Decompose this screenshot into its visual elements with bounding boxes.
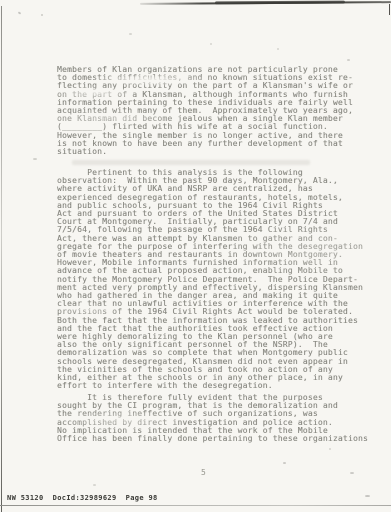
document-page: Members of Klan organizations are not pa… (0, 0, 391, 512)
scan-speck (277, 48, 279, 50)
scan-artifact-bottom-rule (0, 505, 391, 506)
scan-artifact-left-edge (1, 6, 2, 512)
scan-speck (129, 33, 132, 35)
paragraph-klan-members: Members of Klan organizations are not pa… (57, 66, 353, 156)
scan-speck (329, 448, 331, 450)
scan-artifact-right-tick (389, 4, 390, 15)
scan-speck (350, 472, 354, 474)
scan-speck (283, 462, 286, 464)
scan-speck (33, 158, 37, 160)
scan-speck (210, 43, 212, 45)
page-number: 5 (201, 468, 206, 477)
archive-footer-stamp: NW 53120 DocId:32989629 Page 98 (7, 494, 158, 502)
scan-speck (365, 495, 370, 497)
paragraph-conclusion: It is therefore fully evident that the p… (57, 394, 368, 443)
scan-speck (93, 484, 96, 486)
paragraph-montgomery-analysis: Pertinent to this analysis is the follow… (57, 169, 363, 390)
scan-artifact-ghost-line (72, 160, 310, 165)
scan-speck (41, 14, 43, 16)
scan-speck (18, 11, 22, 14)
scan-artifact-top-edge-dark (215, 1, 345, 5)
scan-speck (347, 59, 350, 61)
